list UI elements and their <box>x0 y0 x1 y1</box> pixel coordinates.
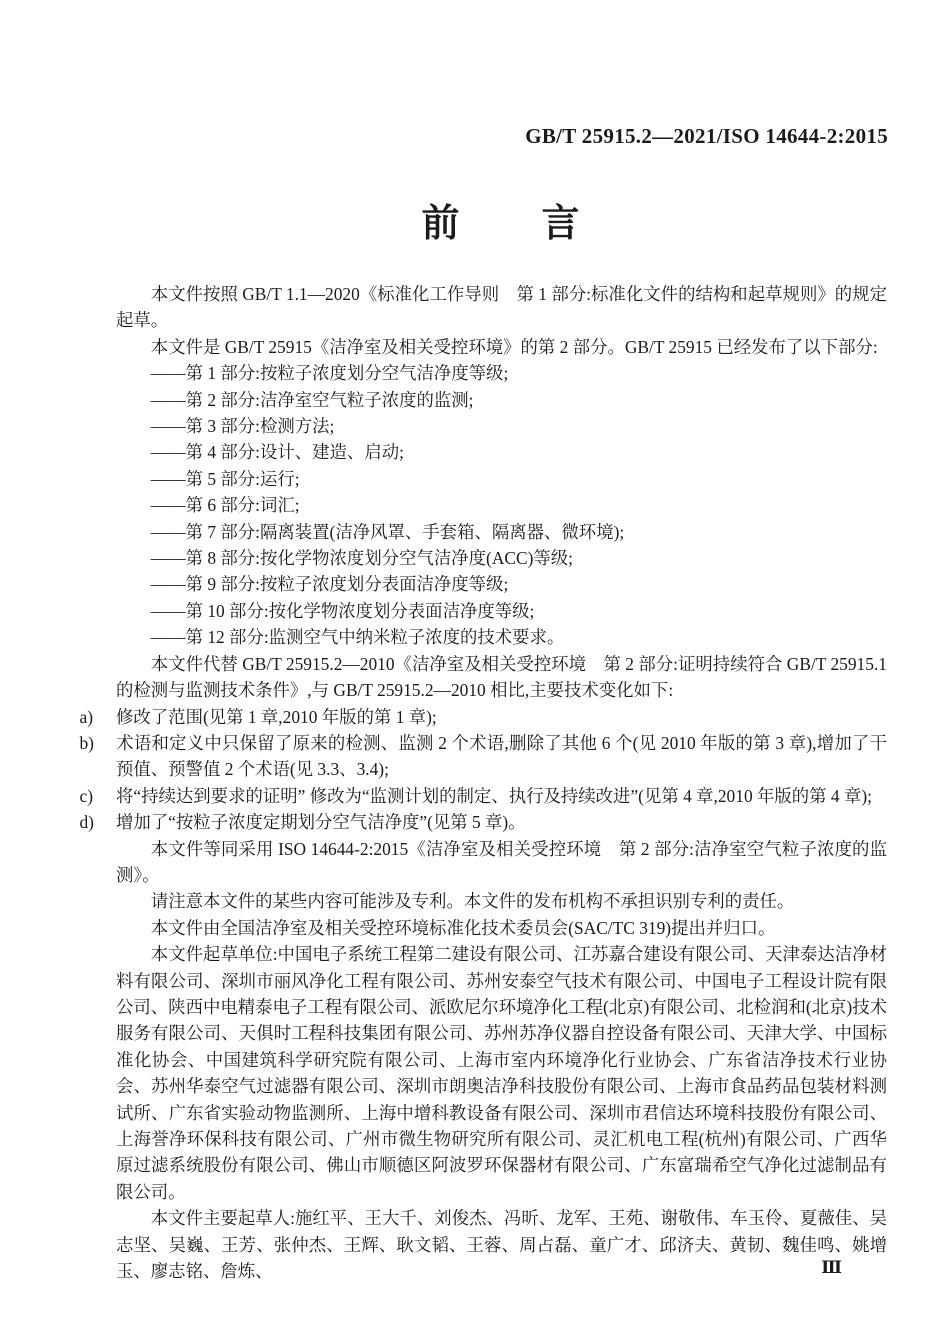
list-item-part-6: ——第 6 部分:词汇; <box>116 492 887 518</box>
paragraph-drafters: 本文件主要起草人:施红平、王大千、刘俊杰、冯昕、龙军、王苑、谢敬伟、车玉伶、夏薇… <box>116 1205 887 1284</box>
list-item-part-8: ——第 8 部分:按化学物浓度划分空气洁净度(ACC)等级; <box>116 545 887 571</box>
paragraph-basis: 本文件按照 GB/T 1.1—2020《标准化工作导则 第 1 部分:标准化文件… <box>116 281 887 334</box>
foreword-body: 本文件按照 GB/T 1.1—2020《标准化工作导则 第 1 部分:标准化文件… <box>116 281 887 1284</box>
change-item-c: c)将“持续达到要求的证明” 修改为“监测计划的制定、执行及持续改进”(见第 4… <box>116 783 887 809</box>
list-item-part-7: ——第 7 部分:隔离装置(洁净风罩、手套箱、隔离器、微环境); <box>116 519 887 545</box>
paragraph-replaces: 本文件代替 GB/T 25915.2—2010《洁净室及相关受控环境 第 2 部… <box>116 651 887 704</box>
page-number: Ⅲ <box>821 1258 842 1278</box>
change-item-d: d)增加了“按粒子浓度定期划分空气洁净度”(见第 5 章)。 <box>116 809 887 835</box>
document-code: GB/T 25915.2—2021/ISO 14644-2:2015 <box>525 124 888 149</box>
list-item-part-2: ——第 2 部分:洁净室空气粒子浓度的监测; <box>116 387 887 413</box>
list-item-part-9: ——第 9 部分:按粒子浓度划分表面洁净度等级; <box>116 571 887 597</box>
change-item-a-text: 修改了范围(见第 1 章,2010 年版的第 1 章); <box>116 707 437 727</box>
list-item-part-3: ——第 3 部分:检测方法; <box>116 413 887 439</box>
change-item-a-label: a) <box>79 704 116 730</box>
change-item-a: a)修改了范围(见第 1 章,2010 年版的第 1 章); <box>116 704 887 730</box>
paragraph-drafting-units: 本文件起草单位:中国电子系统工程第二建设有限公司、江苏嘉合建设有限公司、天津泰达… <box>116 941 887 1205</box>
change-item-c-text: 将“持续达到要求的证明” 修改为“监测计划的制定、执行及持续改进”(见第 4 章… <box>116 786 872 806</box>
change-item-d-text: 增加了“按粒子浓度定期划分空气洁净度”(见第 5 章)。 <box>116 812 526 832</box>
list-item-part-1: ——第 1 部分:按粒子浓度划分空气洁净度等级; <box>116 360 887 386</box>
page-title: 前 言 <box>116 192 887 247</box>
change-item-b-label: b) <box>79 730 116 756</box>
paragraph-identical-adoption: 本文件等同采用 ISO 14644-2:2015《洁净室及相关受控环境 第 2 … <box>116 836 887 889</box>
list-item-part-4: ——第 4 部分:设计、建造、启动; <box>116 439 887 465</box>
list-item-part-5: ——第 5 部分:运行; <box>116 466 887 492</box>
change-item-b: b)术语和定义中只保留了原来的检测、监测 2 个术语,删除了其他 6 个(见 2… <box>116 730 887 783</box>
list-item-part-10: ——第 10 部分:按化学物浓度划分表面洁净度等级; <box>116 598 887 624</box>
change-item-b-text: 术语和定义中只保留了原来的检测、监测 2 个术语,删除了其他 6 个(见 201… <box>116 733 887 779</box>
list-item-part-12: ——第 12 部分:监测空气中纳米粒子浓度的技术要求。 <box>116 624 887 650</box>
paragraph-committee: 本文件由全国洁净室及相关受控环境标准化技术委员会(SAC/TC 319)提出并归… <box>116 915 887 941</box>
document-page: GB/T 25915.2—2021/ISO 14644-2:2015 前 言 本… <box>0 0 950 1344</box>
paragraph-series: 本文件是 GB/T 25915《洁净室及相关受控环境》的第 2 部分。GB/T … <box>116 334 887 360</box>
change-item-d-label: d) <box>79 809 116 835</box>
paragraph-patent-notice: 请注意本文件的某些内容可能涉及专利。本文件的发布机构不承担识别专利的责任。 <box>116 888 887 914</box>
change-item-c-label: c) <box>79 783 116 809</box>
